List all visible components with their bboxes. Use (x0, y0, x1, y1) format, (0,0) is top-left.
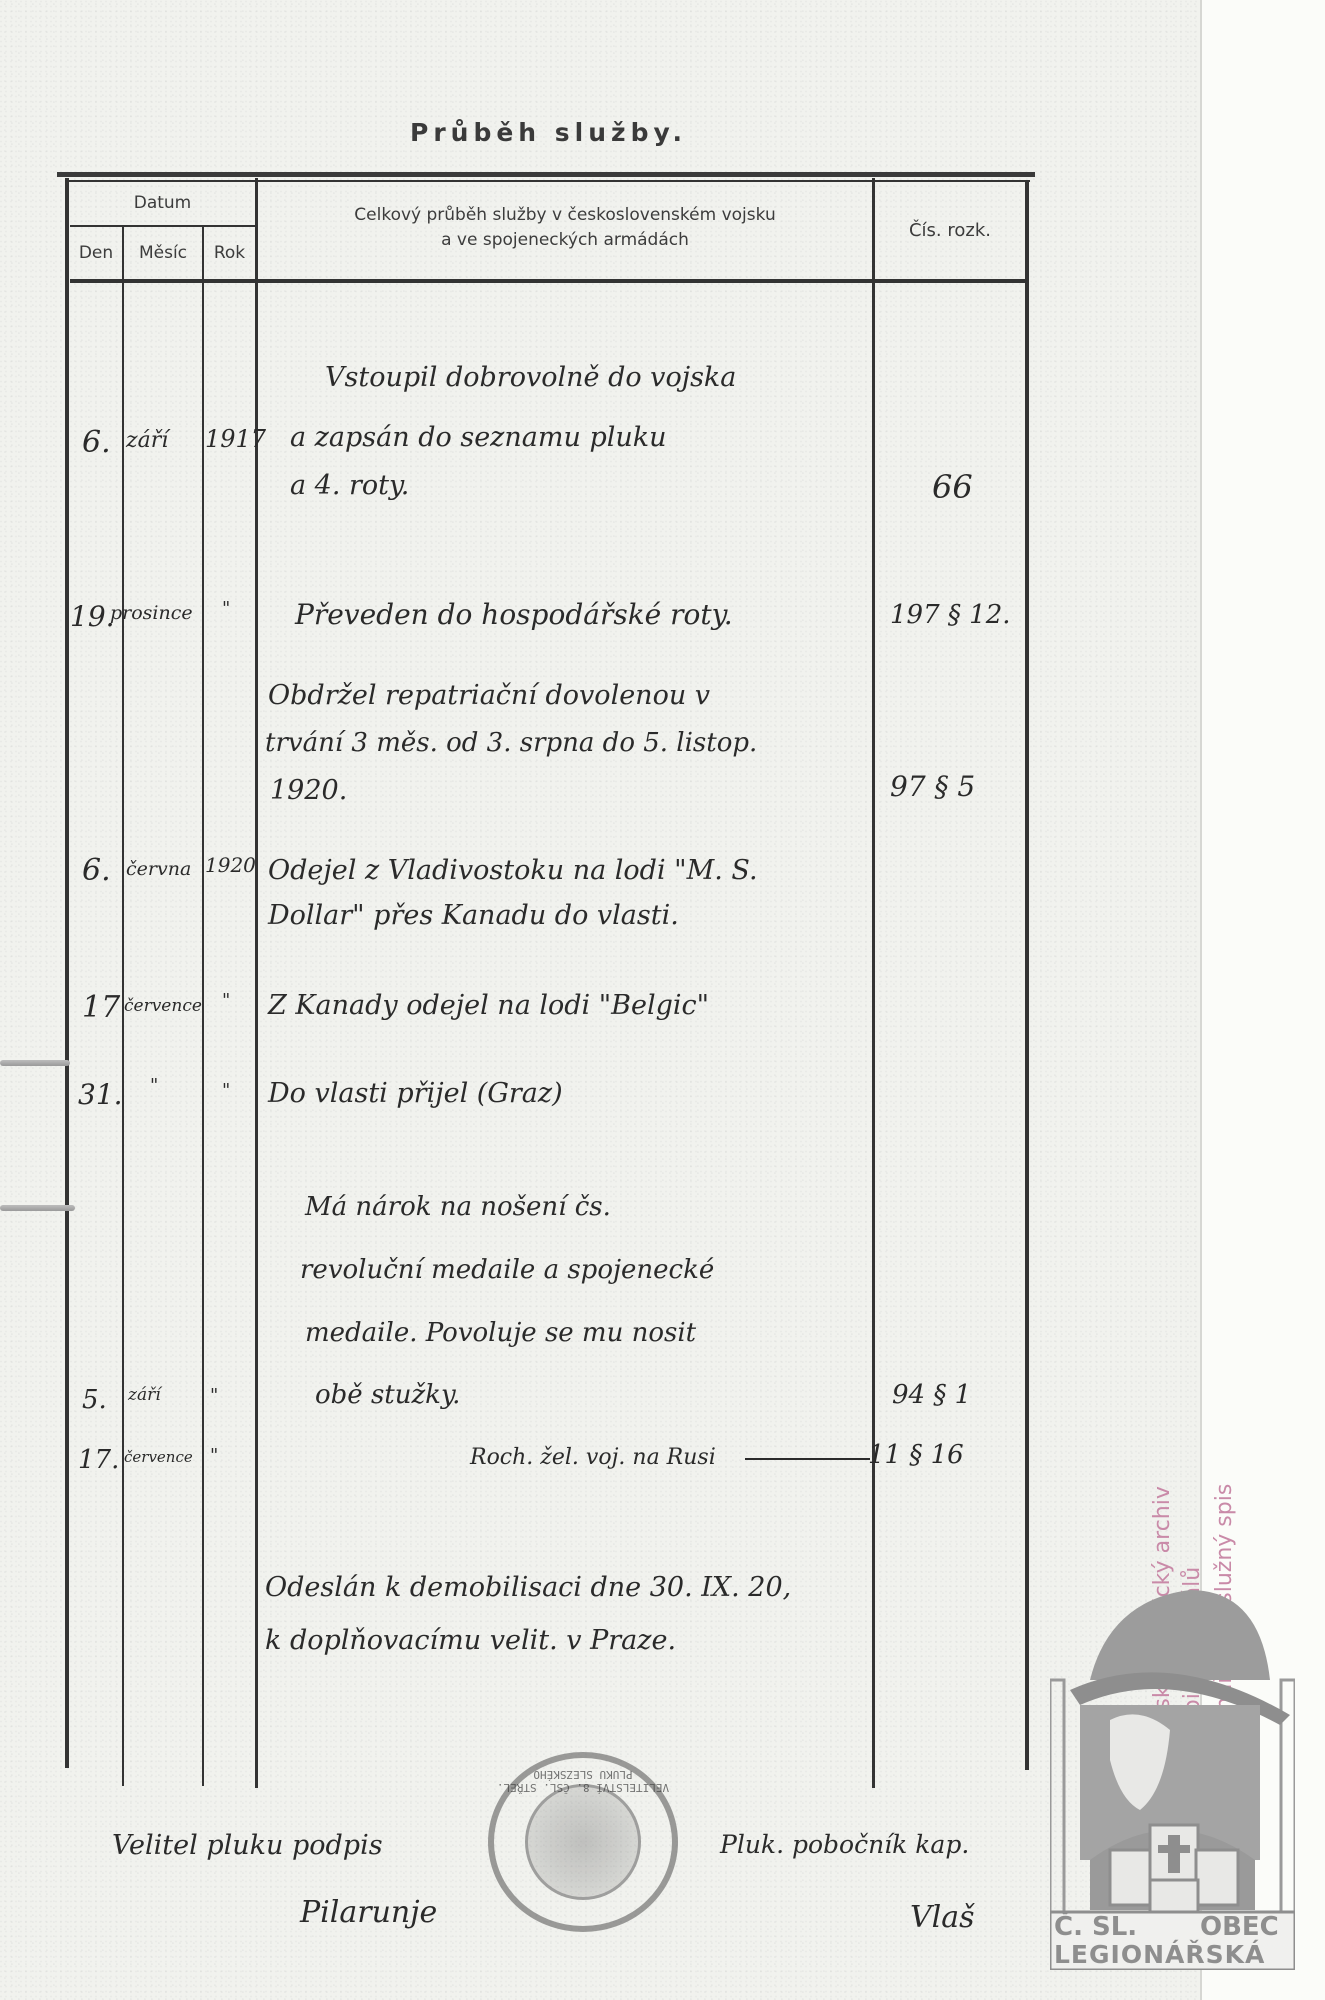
row-rok: " (222, 598, 230, 619)
left-signature: Pilarunje (300, 1895, 437, 1930)
row-den: 31. (78, 1078, 123, 1111)
row-mesic: července (124, 1448, 193, 1466)
row-rok: " (222, 990, 230, 1011)
header-mesic: Měsíc (124, 243, 202, 263)
row-cis-rozk: 66 (932, 468, 973, 506)
regiment-seal: VELITELSTVÍ 8. ČSL. STŘEL. PLUKU SLEZSKÉ… (488, 1752, 678, 1932)
row-text-line: 1920. (270, 775, 347, 806)
logo-text-csl: Č. SL. (1054, 1912, 1137, 1942)
logo-text-obec: OBEC (1200, 1912, 1279, 1942)
row-cis-rozk: 94 § 1 (892, 1380, 971, 1410)
row-cis-rozk: 11 § 16 (868, 1440, 964, 1470)
row-rok: 1920 (205, 853, 256, 877)
header-description-line2: a ve spojeneckých armádách (258, 230, 872, 250)
row-den: 17 (82, 990, 120, 1025)
row-text-line: obě stužky. (315, 1380, 460, 1410)
row-text-line: Má nárok na nošení čs. (305, 1192, 611, 1222)
binding-thread (0, 1060, 70, 1066)
row-cis-rozk: 97 § 5 (890, 770, 975, 803)
row-den: 17. (78, 1445, 119, 1475)
row-mesic: července (124, 996, 202, 1016)
header-den: Den (70, 243, 122, 263)
legion-logo-watermark: Č. SL. OBEC LEGIONÁŘSKÁ (1050, 1530, 1295, 1970)
row-den: 6. (82, 425, 111, 460)
table-left-border (65, 178, 69, 1768)
row-den: 5. (82, 1385, 107, 1415)
left-signature-label: Velitel pluku podpis (112, 1830, 383, 1861)
mesic-column-divider (202, 226, 204, 1786)
demobilisation-note: Odeslán k demobilisaci dne 30. IX. 20, (265, 1572, 791, 1603)
row-text-line: Obdržel repatriační dovolenou v (268, 680, 710, 711)
soldier-helmet-icon (1050, 1530, 1295, 1970)
row-text-line: Roch. žel. voj. na Rusi (470, 1445, 716, 1470)
datum-column-divider (255, 178, 258, 1788)
header-datum: Datum (70, 193, 255, 213)
row-mesic: září (126, 428, 168, 453)
seal-emblem-icon (525, 1784, 641, 1900)
header-rok: Rok (204, 243, 255, 263)
row-text-line: Převeden do hospodářské roty. (295, 598, 733, 631)
seal-text: VELITELSTVÍ 8. ČSL. STŘEL. PLUKU SLEZSKÉ… (494, 1768, 672, 1794)
row-mesic: prosince (110, 602, 193, 624)
header-cis-rozk: Čís. rozk. (875, 220, 1025, 241)
row-text-line: Dollar" přes Kanadu do vlasti. (268, 900, 679, 931)
row-text-line: Vstoupil dobrovolně do vojska (325, 362, 736, 393)
row-rok: " (210, 1445, 218, 1466)
strikethrough-line (745, 1458, 870, 1460)
row-mesic: " (150, 1075, 158, 1096)
row-text-line: Do vlasti přijel (Graz) (268, 1078, 563, 1109)
datum-subheader-line (70, 225, 255, 227)
cis-column-divider (872, 178, 875, 1788)
header-description-line1: Celkový průběh služby v československém … (258, 205, 872, 225)
right-signature-label: Pluk. pobočník kap. (720, 1830, 969, 1859)
row-rok: " (210, 1385, 218, 1406)
demobilisation-note: k doplňovacímu velit. v Praze. (265, 1625, 676, 1656)
right-signature: Vlaš (910, 1900, 975, 1935)
row-text-line: a 4. roty. (290, 470, 409, 501)
logo-text-legionarska: LEGIONÁŘSKÁ (1054, 1940, 1265, 1969)
row-rok: " (222, 1080, 230, 1101)
table-top-border (57, 172, 1035, 177)
row-text-line: medaile. Povoluje se mu nosit (305, 1318, 696, 1348)
header-bottom-border (70, 279, 1025, 283)
binding-thread (0, 1205, 75, 1211)
row-text-line: revoluční medaile a spojenecké (300, 1255, 714, 1285)
row-cis-rozk: 197 § 12. (890, 600, 1011, 630)
row-text-line: Z Kanady odejel na lodi "Belgic" (268, 990, 709, 1021)
row-mesic: září (128, 1385, 161, 1405)
row-text-line: trvání 3 měs. od 3. srpna do 5. listop. (265, 728, 757, 758)
document-page: Průběh služby. Datum Den Měsíc Rok Celko… (0, 0, 1202, 2000)
table-top-inner-border (67, 180, 1030, 182)
row-text-line: Odejel z Vladivostoku na lodi "M. S. (268, 855, 758, 886)
row-text-line: a zapsán do seznamu pluku (290, 422, 667, 453)
table-right-border (1025, 180, 1029, 1770)
row-rok: 1917 (205, 425, 266, 453)
page-title: Průběh služby. (410, 118, 687, 147)
row-mesic: června (126, 858, 191, 880)
row-den: 6. (82, 853, 111, 888)
row-den: 19. (70, 600, 115, 633)
